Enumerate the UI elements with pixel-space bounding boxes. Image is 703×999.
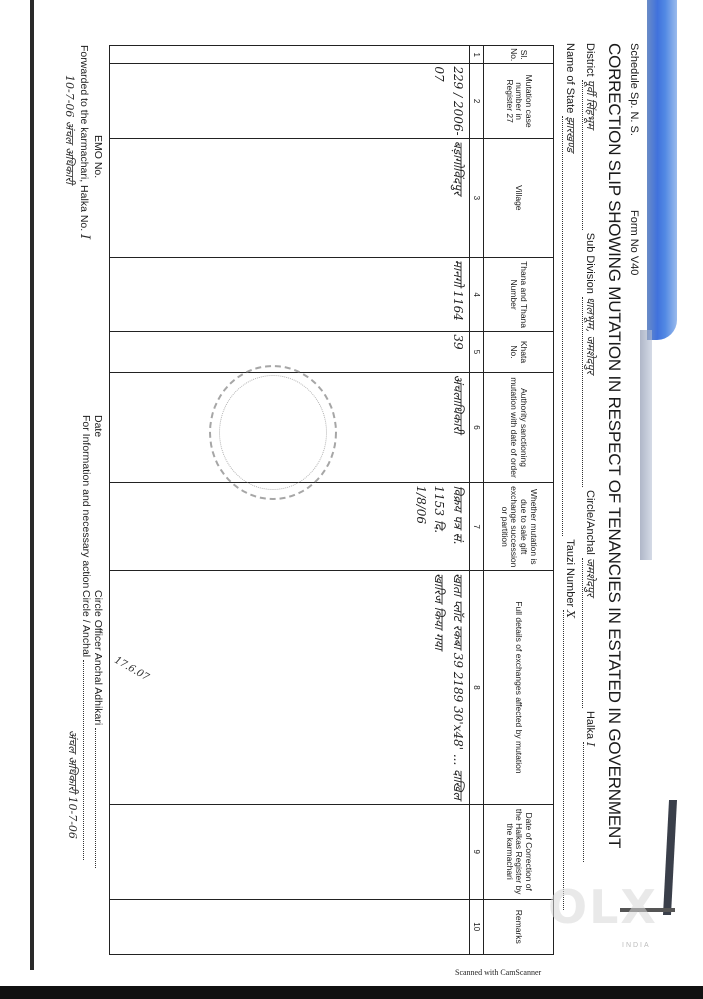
header-remarks: Remarks bbox=[484, 899, 554, 954]
form-number: Form No V40 bbox=[628, 210, 640, 275]
date-label: Date bbox=[92, 415, 104, 588]
document-title: CORRECTION SLIP SHOWING MUTATION IN RESP… bbox=[604, 43, 624, 848]
mutation-table: Sl. No. Mutation case number in Register… bbox=[109, 45, 554, 955]
cell-village: बड़ागोविंदपुर bbox=[110, 138, 470, 257]
forwarded-line: Forwarded to the karmachari, Halka No. I bbox=[77, 45, 92, 239]
correction-slip-document: Schedule Sp. N. S. Form No V40 CORRECTIO… bbox=[42, 35, 642, 975]
header-thana: Thana and Thana Number bbox=[484, 257, 554, 332]
scan-edge-blue bbox=[647, 0, 677, 340]
table-header-row: Sl. No. Mutation case number in Register… bbox=[484, 46, 554, 955]
schedule-label: Schedule Sp. N. S. bbox=[628, 43, 640, 136]
bottom-bar bbox=[0, 986, 703, 999]
cell-correction-date bbox=[110, 804, 470, 899]
circle-anchal-line: Circle / Anchal bbox=[80, 590, 92, 868]
circle-value: जमशेदपुर bbox=[582, 558, 598, 708]
header-authority: Authority sanctioning mutation with date… bbox=[484, 372, 554, 483]
cell-mutation-case: 229 / 2006-07 bbox=[110, 64, 470, 139]
emo-number-label: EMO No. bbox=[92, 45, 104, 239]
officer-line: Circle Officer Anchal Adhikari bbox=[92, 590, 104, 868]
olx-watermark: OLX bbox=[548, 880, 668, 940]
official-seal-stamp bbox=[209, 365, 337, 500]
footer-forwarding: EMO No. Forwarded to the karmachari, Hal… bbox=[62, 45, 104, 239]
officer-signature: अंचल अधिकारी 10-7-06 bbox=[65, 590, 80, 868]
header-khata: Khata No. bbox=[484, 332, 554, 372]
sub-division-value: धालभूम, जमशेदपुर bbox=[582, 297, 598, 487]
forward-signature: 10-7-06 अंचल अधिकारी bbox=[62, 45, 77, 239]
header-village: Village bbox=[484, 138, 554, 257]
cell-details: खाता प्लॉट रकबा 39 2189 30'x48' ... दाखि… bbox=[110, 571, 470, 805]
forwarded-halka-value: I bbox=[77, 234, 92, 239]
cell-khata: 39 bbox=[110, 332, 470, 372]
column-number-row: 1 2 3 4 5 6 7 8 9 10 bbox=[470, 46, 484, 955]
halka-value: I bbox=[583, 742, 597, 862]
header-correction-date: Date of Correction of the Halkas Registe… bbox=[484, 804, 554, 899]
cell-thana: मानगो 1164 bbox=[110, 257, 470, 332]
state-value: झारखण्ड bbox=[562, 116, 578, 536]
footer-officer: Circle Officer Anchal Adhikari Circle / … bbox=[65, 590, 104, 868]
cell-remarks bbox=[110, 899, 470, 954]
district-value: पूर्वी सिंहभूम bbox=[582, 80, 598, 230]
footer-date-info: Date For Information and necessary actio… bbox=[80, 415, 104, 588]
header-mutation-type: Whether mutation is due to sale gift exc… bbox=[484, 483, 554, 571]
district-field: District पूर्वी सिंहभूम Sub Division धाल… bbox=[582, 43, 598, 862]
cell-sl-no bbox=[110, 46, 470, 64]
page-border bbox=[30, 0, 34, 970]
header-details: Full details of exchanges affected by mu… bbox=[484, 571, 554, 805]
table-row: 229 / 2006-07 बड़ागोविंदपुर मानगो 1164 3… bbox=[110, 46, 470, 955]
header-mutation-case: Mutation case number in Register 27 bbox=[484, 64, 554, 139]
state-field: Name of State झारखण्ड Tauzi Number X bbox=[562, 43, 578, 910]
scanner-note: Scanned with CamScanner bbox=[455, 968, 541, 977]
tauzi-value: X bbox=[563, 610, 577, 910]
info-label: For Information and necessary action bbox=[80, 415, 92, 588]
olx-watermark-india: INDIA bbox=[622, 942, 651, 949]
header-sl-no: Sl. No. bbox=[484, 46, 554, 64]
